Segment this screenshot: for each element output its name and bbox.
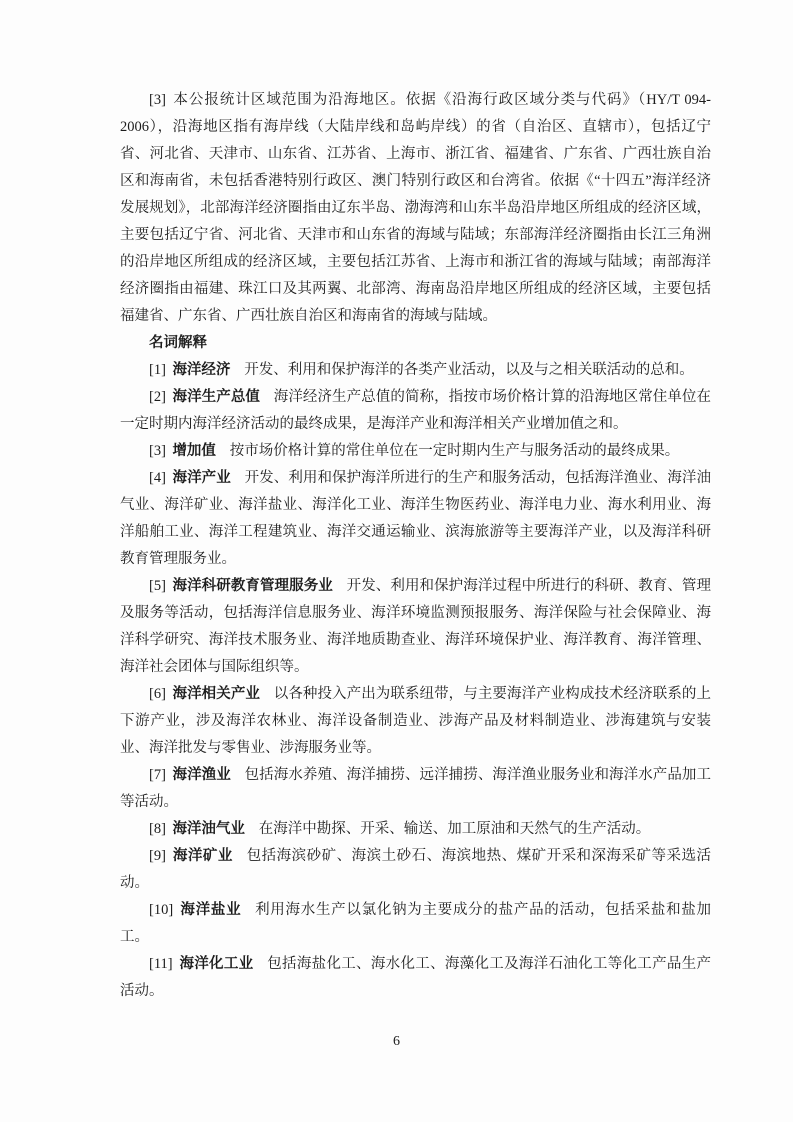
glossary-item-number: [4] (149, 470, 166, 486)
note-text: 本公报统计区域范围为沿海地区。依据《沿海行政区域分类与代码》（HY/T 094-… (120, 92, 711, 324)
glossary-item: [6]海洋相关产业以各种投入产出为联系纽带，与主要海洋产业构成技术经济联系的上下… (120, 681, 711, 762)
glossary-item-term: 海洋产业 (172, 470, 230, 486)
glossary-item-term: 海洋生产总值 (172, 389, 260, 405)
glossary-item-definition: 按市场价格计算的常住单位在一定时期内生产与服务活动的最终成果。 (230, 443, 680, 459)
glossary-item-number: [7] (149, 767, 166, 783)
glossary-item-number: [3] (149, 443, 166, 459)
glossary-item-term: 海洋科研教育管理服务业 (172, 578, 332, 594)
glossary-item-number: [2] (149, 389, 166, 405)
glossary-item-definition: 在海洋中勘探、开采、输送、加工原油和天然气的生产活动。 (259, 821, 651, 837)
document-page: [3]本公报统计区域范围为沿海地区。依据《沿海行政区域分类与代码》（HY/T 0… (0, 0, 793, 1122)
glossary-item: [4]海洋产业开发、利用和保护海洋所进行的生产和服务活动，包括海洋渔业、海洋油气… (120, 465, 711, 573)
glossary-item-number: [6] (149, 686, 166, 702)
glossary-item-number: [11] (149, 956, 173, 972)
glossary-item-number: [8] (149, 821, 166, 837)
glossary-item-term: 海洋化工业 (179, 956, 253, 972)
glossary-item: [7]海洋渔业包括海水养殖、海洋捕捞、远洋捕捞、海洋渔业服务业和海洋水产品加工等… (120, 762, 711, 816)
glossary-item: [10]海洋盐业利用海水生产以氯化钠为主要成分的盐产品的活动，包括采盐和盐加工。 (120, 897, 711, 951)
page-number: 6 (0, 1032, 793, 1052)
statistical-scope-note: [3]本公报统计区域范围为沿海地区。依据《沿海行政区域分类与代码》（HY/T 0… (120, 87, 711, 330)
glossary-item-term: 海洋矿业 (172, 848, 232, 864)
glossary-item-definition: 开发、利用和保护海洋的各类产业活动，以及与之相关联活动的总和。 (244, 362, 694, 378)
glossary-item: [11]海洋化工业包括海盐化工、海水化工、海藻化工及海洋石油化工等化工产品生产活… (120, 951, 711, 1005)
glossary-item: [5]海洋科研教育管理服务业开发、利用和保护海洋过程中所进行的科研、教育、管理及… (120, 573, 711, 681)
glossary-item-number: [1] (149, 362, 166, 378)
note-number: [3] (149, 92, 166, 108)
glossary-heading: 名词解释 (120, 330, 711, 357)
glossary-item-term: 海洋油气业 (172, 821, 245, 837)
glossary-item: [9]海洋矿业包括海滨砂矿、海滨土砂石、海滨地热、煤矿开采和深海采矿等采选活动。 (120, 843, 711, 897)
glossary-item-term: 海洋经济 (172, 362, 230, 378)
glossary-item: [1]海洋经济开发、利用和保护海洋的各类产业活动，以及与之相关联活动的总和。 (120, 357, 711, 384)
glossary-item-term: 增加值 (172, 443, 216, 459)
glossary-item: [3]增加值按市场价格计算的常住单位在一定时期内生产与服务活动的最终成果。 (120, 438, 711, 465)
glossary-item-number: [5] (149, 578, 166, 594)
glossary-item: [8]海洋油气业在海洋中勘探、开采、输送、加工原油和天然气的生产活动。 (120, 816, 711, 843)
glossary-list: [1]海洋经济开发、利用和保护海洋的各类产业活动，以及与之相关联活动的总和。 [… (120, 357, 711, 1005)
page-content: [3]本公报统计区域范围为沿海地区。依据《沿海行政区域分类与代码》（HY/T 0… (120, 87, 711, 1005)
glossary-item-number: [9] (149, 848, 166, 864)
glossary-item: [2]海洋生产总值海洋经济生产总值的简称，指按市场价格计算的沿海地区常住单位在一… (120, 384, 711, 438)
glossary-item-number: [10] (149, 902, 173, 918)
glossary-item-term: 海洋相关产业 (172, 686, 260, 702)
glossary-item-term: 海洋盐业 (180, 902, 242, 918)
glossary-item-term: 海洋渔业 (172, 767, 230, 783)
